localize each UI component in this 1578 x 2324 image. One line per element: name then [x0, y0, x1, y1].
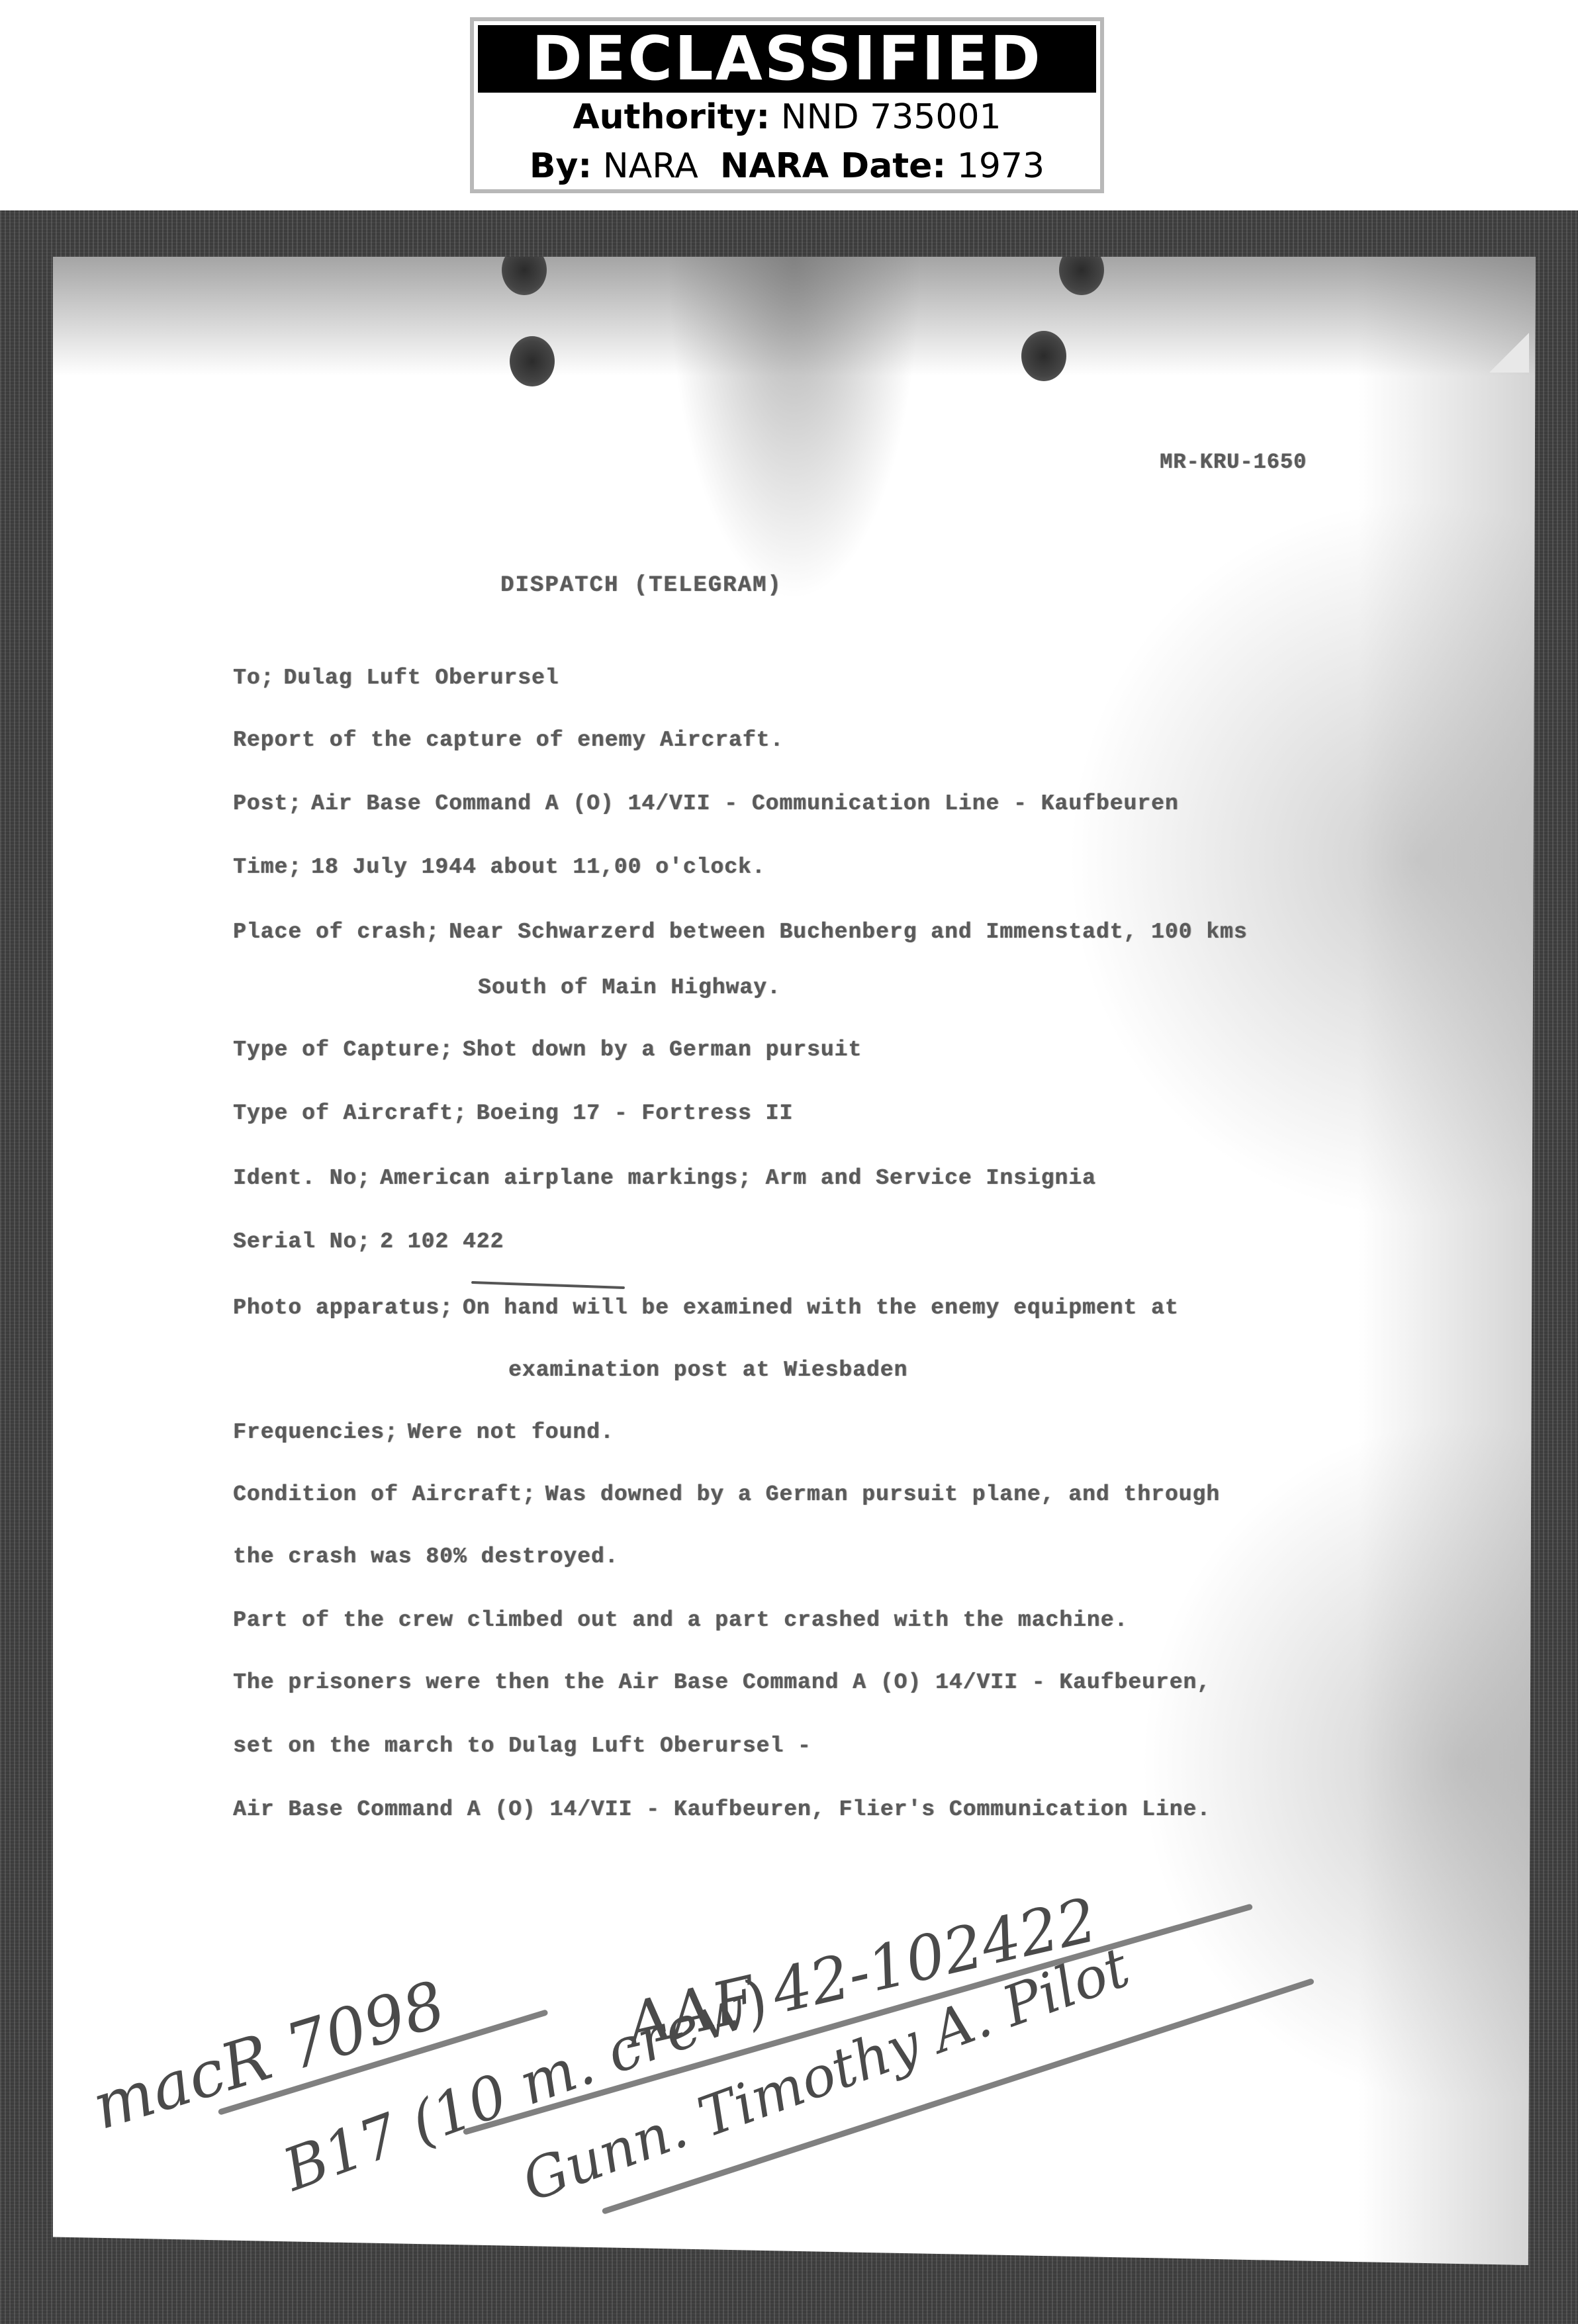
field-value: Part of the crew climbed out and a part … — [233, 1608, 1128, 1632]
by-value: NARA — [603, 146, 698, 186]
paragraph-march: set on the march to Dulag Luft Oberursel… — [233, 1734, 812, 1758]
paper-sheet: MR-KRU-1650 DISPATCH (TELEGRAM) To;Dulag… — [53, 257, 1536, 2265]
nara-date-label: NARA Date: — [720, 146, 946, 186]
authority-label: Authority: — [573, 97, 770, 137]
field-photo-apparatus: Photo apparatus;On hand will be examined… — [233, 1296, 1179, 1320]
field-label: Ident. No; — [233, 1166, 371, 1190]
nara-date-value: 1973 — [957, 146, 1044, 186]
serial-underline — [471, 1281, 625, 1289]
punch-hole-left — [510, 336, 555, 386]
field-value: Shot down by a German pursuit — [463, 1038, 862, 1062]
field-value: Were not found. — [408, 1420, 614, 1445]
field-condition-continued: the crash was 80% destroyed. — [233, 1544, 619, 1569]
field-label: Post; — [233, 791, 302, 816]
declassified-stamp: DECLASSIFIED Authority: NND 735001 By: N… — [470, 17, 1104, 193]
field-value: American airplane markings; Arm and Serv… — [380, 1166, 1096, 1190]
field-label: Type of Aircraft; — [233, 1101, 467, 1126]
field-value: On hand will be examined with the enemy … — [463, 1296, 1179, 1320]
stamp-title: DECLASSIFIED — [478, 25, 1096, 93]
field-report: Report of the capture of enemy Aircraft. — [233, 728, 784, 752]
punch-hole-right — [1021, 331, 1066, 381]
field-time: Time;18 July 1944 about 11,00 o'clock. — [233, 855, 766, 879]
punch-hole-top-right — [1059, 245, 1104, 295]
field-label: To; — [233, 666, 274, 690]
by-label: By: — [530, 146, 592, 186]
field-value: the crash was 80% destroyed. — [233, 1544, 619, 1569]
field-place-of-crash: Place of crash;Near Schwarzerd between B… — [233, 920, 1248, 944]
punch-hole-top-left — [502, 245, 547, 295]
stamp-authority: Authority: NND 735001 — [474, 93, 1100, 142]
field-value: examination post at Wiesbaden — [508, 1358, 907, 1382]
paragraph-signature-unit: Air Base Command A (O) 14/VII - Kaufbeur… — [233, 1797, 1211, 1822]
document-title: DISPATCH (TELEGRAM) — [500, 573, 782, 598]
field-condition: Condition of Aircraft;Was downed by a Ge… — [233, 1482, 1220, 1507]
field-label: Frequencies; — [233, 1420, 398, 1445]
field-label: Serial No; — [233, 1229, 371, 1254]
field-value: Air Base Command A (O) 14/VII - Communic… — [311, 791, 1179, 816]
field-value: set on the march to Dulag Luft Oberursel… — [233, 1734, 812, 1758]
authority-value: NND 735001 — [781, 97, 1001, 137]
field-label: Time; — [233, 855, 302, 879]
field-value: The prisoners were then the Air Base Com… — [233, 1670, 1211, 1695]
field-value: Air Base Command A (O) 14/VII - Kaufbeur… — [233, 1797, 1211, 1822]
field-ident-no: Ident. No;American airplane markings; Ar… — [233, 1166, 1096, 1190]
paragraph-prisoners: The prisoners were then the Air Base Com… — [233, 1670, 1211, 1695]
scanned-page: MR-KRU-1650 DISPATCH (TELEGRAM) To;Dulag… — [0, 210, 1578, 2324]
field-type-of-capture: Type of Capture;Shot down by a German pu… — [233, 1038, 862, 1062]
field-label: Type of Capture; — [233, 1038, 453, 1062]
field-type-of-aircraft: Type of Aircraft;Boeing 17 - Fortress II — [233, 1101, 793, 1126]
field-value: Was downed by a German pursuit plane, an… — [545, 1482, 1220, 1507]
field-photo-continued: examination post at Wiesbaden — [508, 1358, 907, 1382]
folded-corner — [1489, 333, 1529, 373]
field-label: Condition of Aircraft; — [233, 1482, 536, 1507]
field-serial-no: Serial No;2 102 422 — [233, 1229, 504, 1254]
field-label: Photo apparatus; — [233, 1296, 453, 1320]
field-to: To;Dulag Luft Oberursel — [233, 666, 559, 690]
field-value: 2 102 422 — [380, 1229, 504, 1254]
field-value: Dulag Luft Oberursel — [283, 666, 559, 690]
field-label: Place of crash; — [233, 920, 440, 944]
paragraph-crew: Part of the crew climbed out and a part … — [233, 1608, 1128, 1632]
field-post: Post;Air Base Command A (O) 14/VII - Com… — [233, 791, 1179, 816]
stamp-by-date: By: NARA NARA Date: 1973 — [474, 142, 1100, 191]
field-value: 18 July 1944 about 11,00 o'clock. — [311, 855, 766, 879]
field-place-continued: South of Main Highway. — [478, 975, 781, 1000]
field-frequencies: Frequencies;Were not found. — [233, 1420, 614, 1445]
document-reference: MR-KRU-1650 — [1160, 450, 1307, 474]
field-value: South of Main Highway. — [478, 975, 781, 1000]
field-value: Boeing 17 - Fortress II — [477, 1101, 793, 1126]
field-value: Near Schwarzerd between Buchenberg and I… — [449, 920, 1248, 944]
field-value: Report of the capture of enemy Aircraft. — [233, 728, 784, 752]
